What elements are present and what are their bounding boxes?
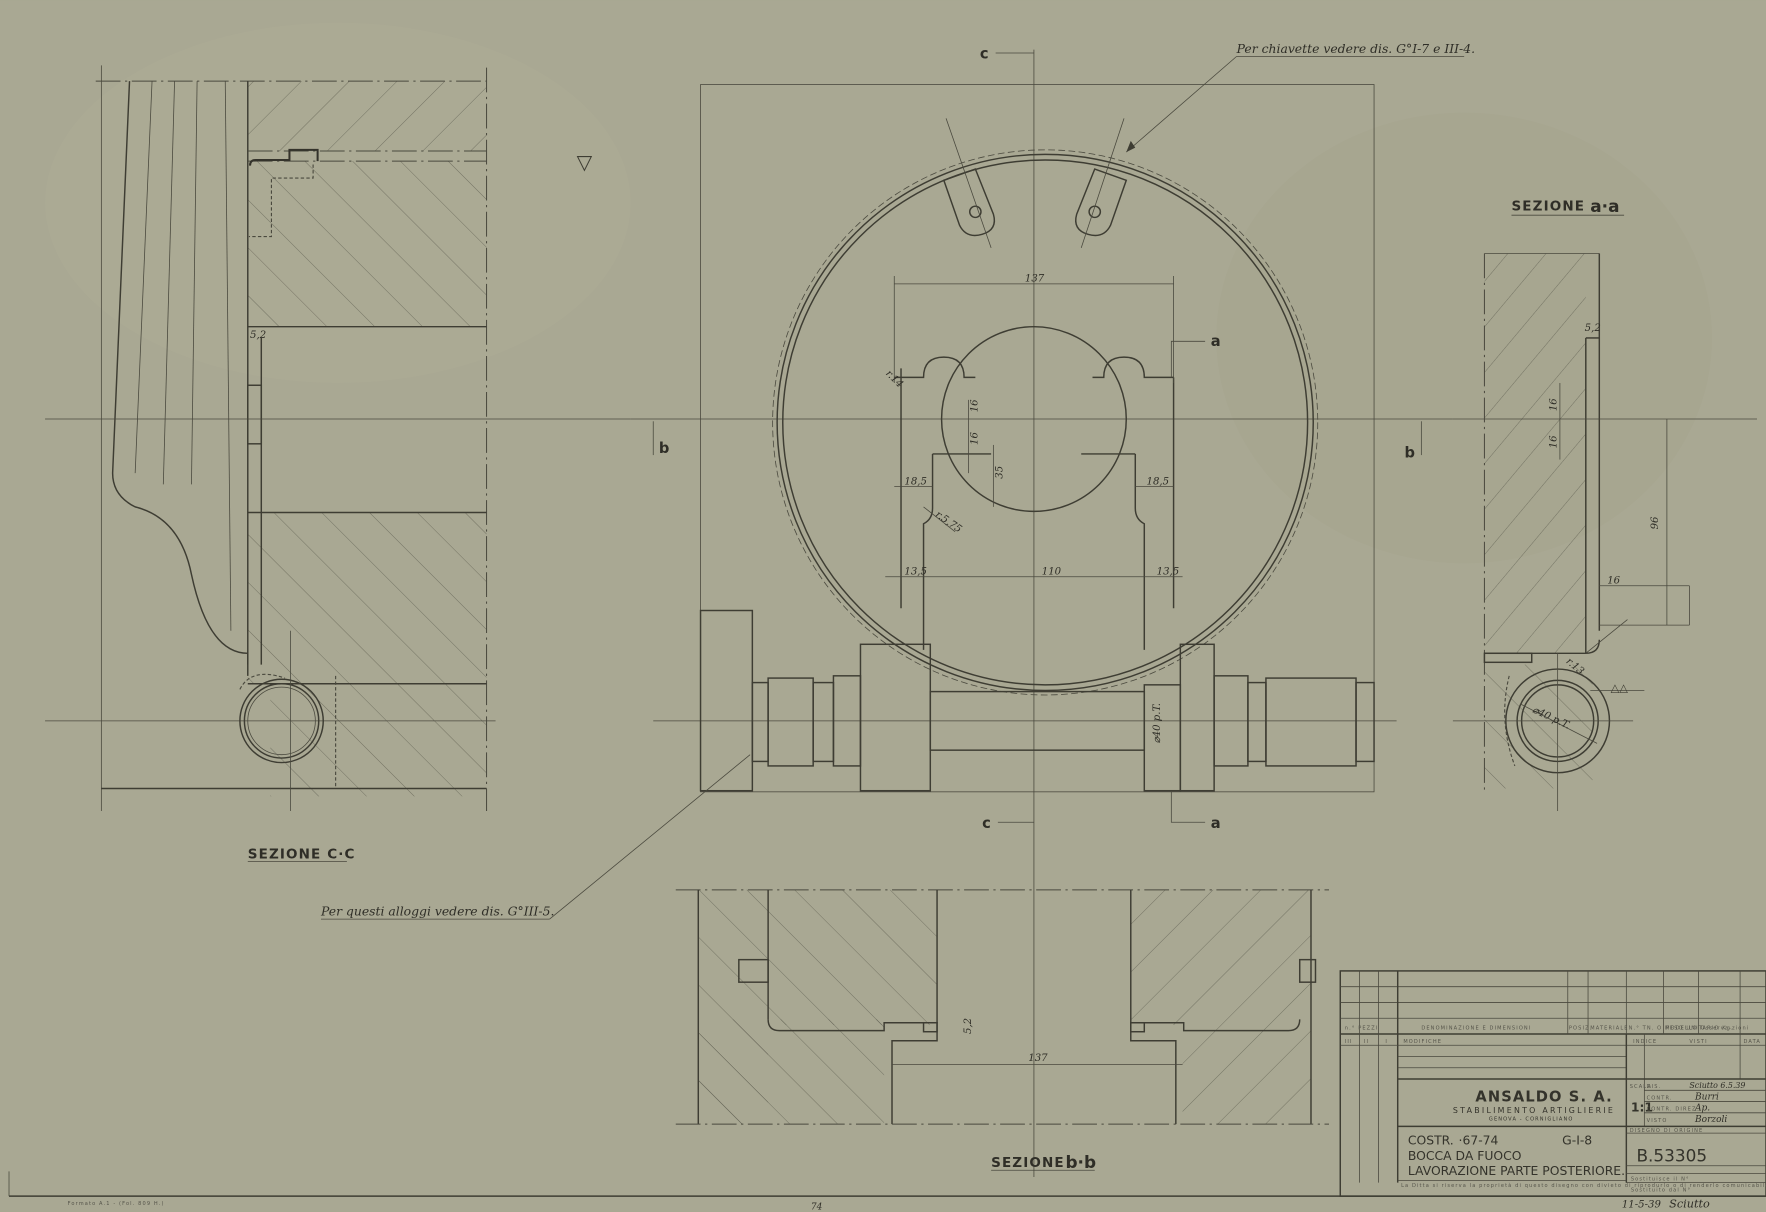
company-location: GENOVA - CORNIGLIANO bbox=[1489, 1117, 1574, 1123]
date-handwritten: 11-5-39 bbox=[1622, 1199, 1662, 1210]
dim-110: 110 bbox=[1042, 566, 1062, 577]
dim-18-5-left: 18,5 bbox=[904, 476, 927, 487]
handwritten-number: 74 bbox=[811, 1203, 823, 1212]
header-osservazioni: Osserva-zioni bbox=[1701, 1025, 1750, 1031]
title-line-2: LAVORAZIONE PARTE POSTERIORE. bbox=[1408, 1164, 1625, 1178]
header-denominazione: DENOMINAZIONE E DIMENSIONI bbox=[1421, 1025, 1531, 1031]
dim-pin-diameter: ⌀40 p.T. bbox=[1152, 703, 1163, 743]
dim-aa-16-lower: 16 bbox=[1549, 435, 1560, 448]
sign-row-contr: CONTR. bbox=[1647, 1095, 1673, 1101]
section-bb-word: SEZIONE bbox=[991, 1155, 1065, 1171]
mod-col-ii: II bbox=[1364, 1039, 1369, 1045]
note-keys-text: Per chiavette vedere dis. G°I-7 e III-4. bbox=[1236, 42, 1475, 56]
dim-cc-5-2: 5,2 bbox=[250, 330, 266, 341]
signature-visto: Borzoli bbox=[1694, 1115, 1727, 1125]
signature-contr: Burri bbox=[1694, 1092, 1719, 1102]
technical-drawing: 5,2 SEZIONE C·C ▽ 137 16 16 35 bbox=[0, 0, 1766, 1212]
dim-13-5-left: 13,5 bbox=[904, 566, 927, 577]
title-line-1: BOCCA DA FUOCO bbox=[1408, 1149, 1522, 1163]
company-name: ANSALDO S. A. bbox=[1475, 1089, 1612, 1106]
form-code: Formato A.1 - (Fol. 809 H.) bbox=[68, 1201, 165, 1207]
cut-marker-a-top: a bbox=[1211, 333, 1221, 350]
sign-row-contr-direz: CONTR. DIREZ. bbox=[1647, 1107, 1700, 1113]
cut-marker-c-bottom: c bbox=[982, 815, 991, 832]
dim-bb-5-2: 5,2 bbox=[963, 1018, 974, 1034]
section-cc-label: SEZIONE C·C bbox=[248, 846, 356, 862]
dim-bb-137: 137 bbox=[1028, 1053, 1048, 1064]
cut-marker-a-bottom: a bbox=[1211, 815, 1221, 832]
mod-data: DATA bbox=[1743, 1039, 1761, 1045]
surface-finish-icon: ▽ bbox=[577, 150, 593, 174]
costr-value: ·67-74 bbox=[1459, 1133, 1499, 1147]
cut-marker-b-left: b bbox=[659, 440, 669, 457]
note-housing-text: Per questi alloggi vedere dis. G°III-5. bbox=[320, 905, 554, 919]
costr-label: COSTR. bbox=[1408, 1133, 1454, 1147]
header-posiz: POSIZ. bbox=[1569, 1025, 1593, 1031]
substitutes-label: Sostituisce il N° bbox=[1631, 1176, 1690, 1182]
mod-col-iii: III bbox=[1345, 1039, 1353, 1045]
dim-16-lower: 16 bbox=[970, 432, 981, 445]
sign-row-dis: DIS. bbox=[1647, 1084, 1662, 1090]
dim-aa-96: 96 bbox=[1650, 516, 1661, 529]
cut-marker-b-right: b bbox=[1404, 444, 1414, 461]
sign-row-visto: VISTO bbox=[1647, 1118, 1668, 1124]
dim-13-5-right: 13,5 bbox=[1157, 566, 1180, 577]
dim-aa-16-horizontal: 16 bbox=[1607, 575, 1620, 586]
finish-triangles-icon: △△ bbox=[1611, 682, 1629, 695]
origin-label: DISEGNO DI ORIGINE bbox=[1630, 1128, 1704, 1134]
dim-aa-5-2: 5,2 bbox=[1585, 323, 1601, 334]
signature-dis: Sciutto 6.5.39 bbox=[1689, 1081, 1745, 1090]
dim-16-upper: 16 bbox=[970, 399, 981, 412]
section-aa-word: SEZIONE bbox=[1511, 199, 1585, 215]
dim-35: 35 bbox=[994, 466, 1005, 479]
dim-aa-16-upper: 16 bbox=[1549, 398, 1560, 411]
drawing-number: B.53305 bbox=[1636, 1145, 1707, 1165]
company-division: STABILIMENTO ARTIGLIERIE bbox=[1453, 1106, 1615, 1115]
mod-visti: VISTI bbox=[1689, 1039, 1707, 1045]
group-code: G-I-8 bbox=[1562, 1133, 1592, 1147]
drawing-sheet: 5,2 SEZIONE C·C ▽ 137 16 16 35 bbox=[0, 0, 1766, 1212]
dim-137-top: 137 bbox=[1025, 274, 1045, 285]
mod-indice: INDICE bbox=[1633, 1039, 1657, 1045]
approver-signature: Sciutto bbox=[1669, 1197, 1710, 1210]
section-aa-letter: a·a bbox=[1590, 196, 1619, 216]
section-bb-letter: b·b bbox=[1065, 1152, 1096, 1172]
signature-contr-direz: Ap. bbox=[1694, 1104, 1710, 1114]
header-n-pezzi: n.° PEZZI bbox=[1345, 1025, 1379, 1031]
dim-18-5-right: 18,5 bbox=[1147, 476, 1170, 487]
legal-notice: La Ditta si riserva la proprietà di ques… bbox=[1401, 1182, 1766, 1189]
header-materiale: MATERIALE bbox=[1590, 1025, 1628, 1031]
mod-modifiche: MODIFICHE bbox=[1403, 1039, 1442, 1045]
cut-marker-c-top: c bbox=[980, 46, 989, 63]
mod-col-i: I bbox=[1385, 1039, 1388, 1045]
